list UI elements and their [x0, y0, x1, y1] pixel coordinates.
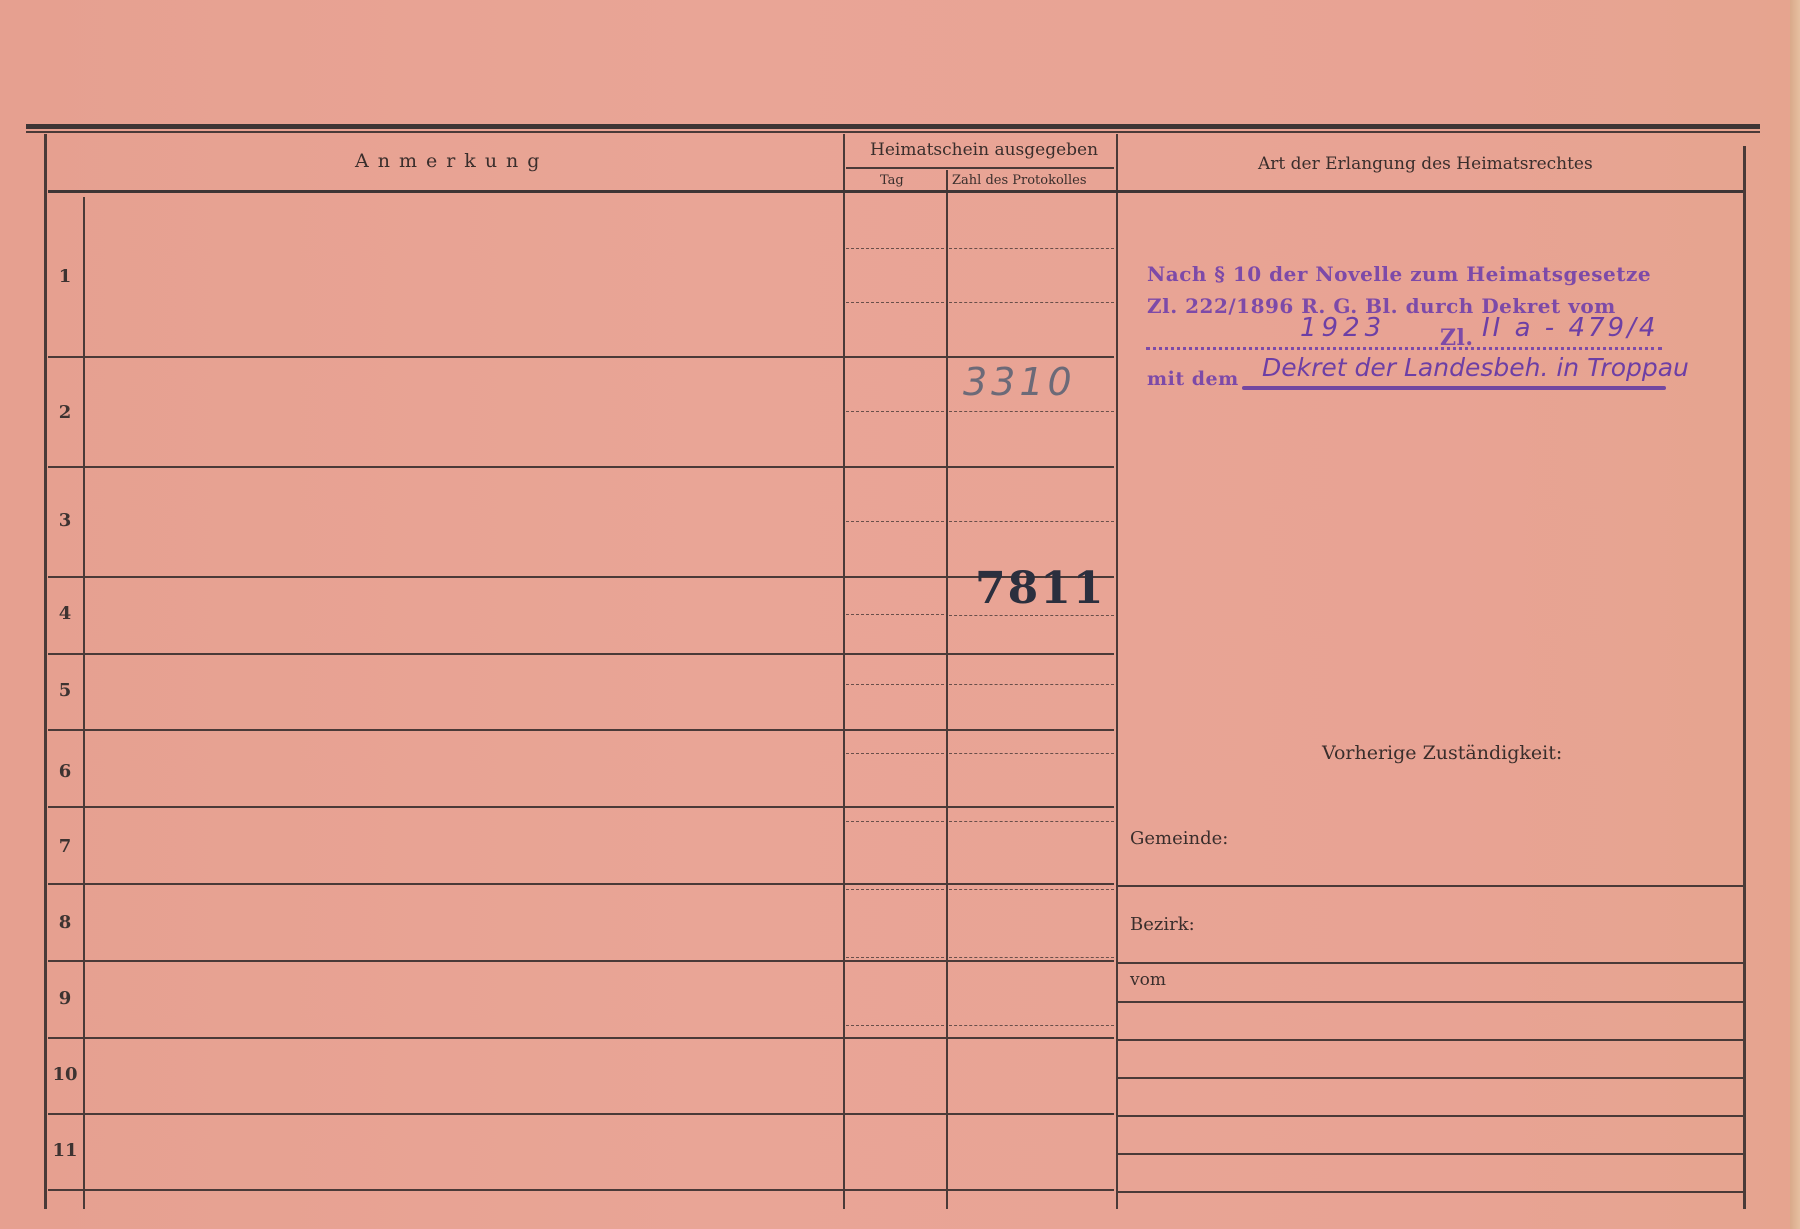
vom-label: vom [1130, 970, 1166, 990]
frame-right [1743, 146, 1746, 1209]
stamp-line-1: Nach § 10 der Novelle zum Heimatsgesetze [1147, 262, 1651, 286]
protocol-number-handwritten: 3310 [963, 360, 1076, 404]
header-heimatschein-ausgegeben: Heimatschein ausgegeben [870, 140, 1098, 160]
row-number-11: 11 [48, 1140, 82, 1161]
top-rule-thick [26, 124, 1760, 129]
row-number-8: 8 [48, 912, 82, 933]
col-sep-tag [843, 134, 845, 1209]
gemeinde-rule [1118, 885, 1743, 887]
row-number-5: 5 [48, 680, 82, 701]
header-subrule [846, 167, 1114, 169]
row-number-3: 3 [48, 510, 82, 531]
row-number-10: 10 [48, 1064, 82, 1085]
gemeinde-field[interactable] [1220, 820, 1740, 882]
bezirk-label: Bezirk: [1130, 914, 1195, 935]
handwritten-year: 1923 [1300, 313, 1386, 343]
header-anmerkung: Anmerkung [355, 150, 548, 172]
row-number-7: 7 [48, 836, 82, 857]
stamp-mit-dem: mit dem [1147, 368, 1239, 390]
header-zahl-des-protokolles: Zahl des Protokolles [952, 173, 1087, 188]
col-sep-art [1116, 134, 1118, 1209]
frame-left [44, 134, 47, 1209]
header-art-der-erlangung: Art der Erlangung des Heimatsrechtes [1258, 154, 1593, 174]
vom-rule [1118, 1001, 1743, 1003]
top-rule-thin [26, 131, 1760, 133]
col-sep-rownum [83, 197, 85, 1209]
previous-jurisdiction-title: Vorherige Zuständigkeit: [1322, 742, 1562, 764]
stamp-dotted-line [1146, 347, 1662, 350]
row-number-4: 4 [48, 603, 82, 624]
stamp-solid-underline [1242, 386, 1666, 390]
gemeinde-label: Gemeinde: [1130, 828, 1228, 849]
anmerkung-cell-row-1[interactable] [86, 195, 841, 355]
header-tag: Tag [880, 173, 904, 188]
bezirk-rule [1118, 962, 1743, 964]
row-number-9: 9 [48, 988, 82, 1009]
header-bottom-rule [48, 190, 1743, 193]
vom-field[interactable] [1180, 966, 1740, 1000]
handwritten-zl-number: II a - 479/4 [1482, 313, 1658, 343]
paper-edge [1790, 0, 1800, 1229]
row-number-6: 6 [48, 761, 82, 782]
col-sep-zahl [946, 170, 948, 1209]
bezirk-field[interactable] [1210, 900, 1740, 960]
handwritten-authority: Dekret der Landesbeh. in Troppau [1262, 353, 1689, 382]
anmerkung-cell-row-2[interactable] [86, 358, 841, 465]
row-number-2: 2 [48, 402, 82, 423]
row-number-1: 1 [48, 266, 82, 287]
protocol-number-stamped: 7811 [975, 563, 1105, 614]
